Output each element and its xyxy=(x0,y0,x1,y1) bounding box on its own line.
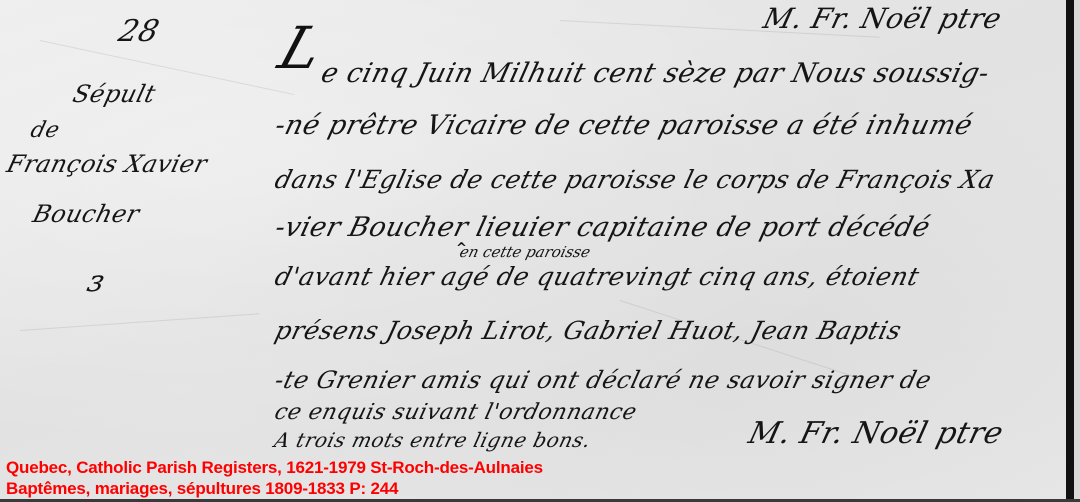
entry-number: 28 xyxy=(115,14,163,49)
margin-note-sepult: Sépult xyxy=(70,80,159,108)
signature-top: M. Fr. Noël ptre xyxy=(760,2,1005,35)
margin-note-surname: Boucher xyxy=(30,200,143,228)
margin-note-name: François Xavier xyxy=(4,150,210,178)
register-page: 28 Sépult de François Xavier Boucher ɜ M… xyxy=(0,0,1080,502)
caption-volume-line: Baptêmes, mariages, sépultures 1809-1833… xyxy=(6,479,398,499)
caption-source-line: Quebec, Catholic Parish Registers, 1621-… xyxy=(6,458,543,478)
body-line-2: -né prêtre Vicaire de cette paroisse a é… xyxy=(272,110,976,141)
margin-flourish: ɜ xyxy=(84,264,108,299)
body-line-5: d'avant hier agé de quatrevingt cinq ans… xyxy=(272,262,922,291)
body-line-1: e cinq Juin Milhuit cent sèze par Nous s… xyxy=(318,58,993,89)
interlinear-insertion: en cette paroisse xyxy=(458,243,593,261)
body-line-6: présens Joseph Lirot, Gabriel Huot, Jean… xyxy=(272,316,905,345)
page-binding-edge xyxy=(1066,0,1074,502)
body-line-8: ce enquis suivant l'ordonnance xyxy=(272,400,640,425)
signature-bottom: M. Fr. Noël ptre xyxy=(745,416,1007,451)
margin-note-de: de xyxy=(28,118,62,143)
body-line-4: -vier Boucher lieuier capitaine de port … xyxy=(272,212,933,243)
adjacent-page-sliver xyxy=(1074,0,1080,502)
body-line-3: dans l'Eglise de cette paroisse le corps… xyxy=(272,165,998,194)
bleed-through-stroke xyxy=(20,313,259,331)
body-line-9: A trois mots entre ligne bons. xyxy=(272,428,594,452)
body-line-7: -te Grenier amis qui ont déclaré ne savo… xyxy=(272,366,935,394)
